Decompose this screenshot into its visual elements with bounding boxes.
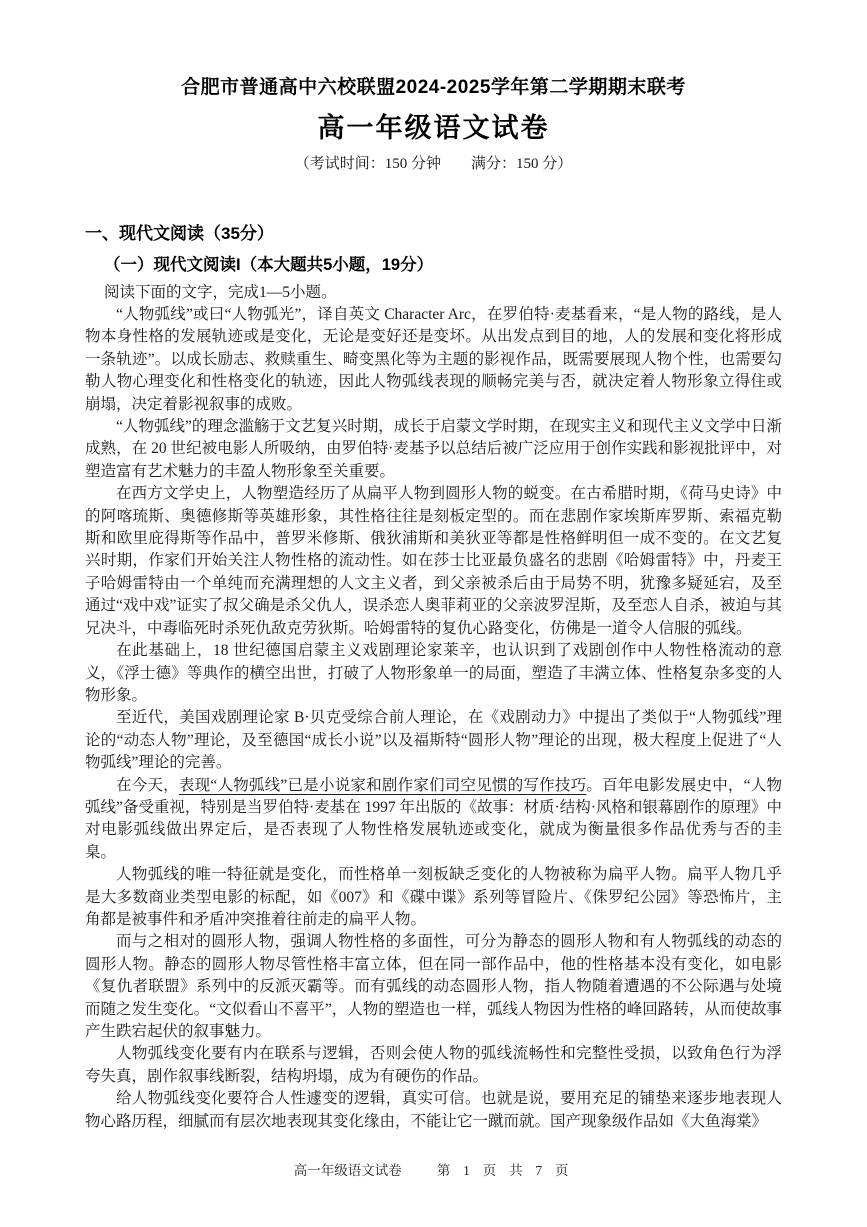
passage-text: 在此基础上，18 世纪德国启蒙主义戏剧理论家莱辛，也认识到了戏剧创作中人物性格流… [85,642,782,704]
passage-paragraph: 在今天，表现“人物弧线”已是小说家和剧作家们司空见惯的写作技巧。百年电影发展史中… [85,775,782,865]
exam-page: 合肥市普通高中六校联盟2024-2025学年第二学期期末联考 高一年级语文试卷 … [0,0,867,1227]
passage-text: “人物弧线”或曰“人物弧光”，译自英文 Character Arc，在罗伯特·麦… [85,306,782,413]
passage-text: 在西方文学史上，人物塑造经历了从扁平人物到圆形人物的蜕变。在古希腊时期，《荷马史… [85,485,782,636]
passage-text: 人物弧线的唯一特征就是变化，而性格单一刻板缺乏变化的人物被称为扁平人物。扁平人物… [85,866,782,928]
section-heading: 一、现代文阅读（35分） [85,219,782,244]
exam-title-line1: 合肥市普通高中六校联盟2024-2025学年第二学期期末联考 [85,72,782,99]
passage-paragraph: 人物弧线变化要有内在联系与逻辑，否则会使人物的弧线流畅性和完整性受损，以致角色行… [85,1043,782,1088]
reading-instruction: 阅读下面的文字，完成1—5小题。 [85,280,782,302]
underlined-phrase: 表现“人物弧线”已是小说家和剧作家们司空见惯的写作技巧 [179,777,586,794]
passage-text: “人物弧线”的理念滥觞于文艺复兴时期，成长于启蒙文学时期，在现实主义和现代主义文… [85,418,782,480]
exam-title-line2: 高一年级语文试卷 [85,106,782,145]
page-footer: 高一年级语文试卷第 1 页 共 7 页 [0,1159,867,1179]
passage-paragraph: 在此基础上，18 世纪德国启蒙主义戏剧理论家莱辛，也认识到了戏剧创作中人物性格流… [85,640,782,707]
exam-header: 合肥市普通高中六校联盟2024-2025学年第二学期期末联考 高一年级语文试卷 … [85,72,782,173]
footer-page-info: 第 1 页 共 7 页 [437,1163,573,1178]
reading-passage: “人物弧线”或曰“人物弧光”，译自英文 Character Arc，在罗伯特·麦… [85,304,782,1133]
passage-paragraph: 而与之相对的圆形人物，强调人物性格的多面性，可分为静态的圆形人物和有人物弧线的动… [85,931,782,1043]
footer-doc-label: 高一年级语文试卷 [294,1163,402,1178]
passage-paragraph: 至近代，美国戏剧理论家 B·贝克受综合前人理论，在《戏剧动力》中提出了类似于“人… [85,707,782,774]
passage-paragraph: “人物弧线”的理念滥觞于文艺复兴时期，成长于启蒙文学时期，在现实主义和现代主义文… [85,416,782,483]
passage-paragraph: 在西方文学史上，人物塑造经历了从扁平人物到圆形人物的蜕变。在古希腊时期，《荷马史… [85,483,782,640]
passage-text: 在今天， [116,777,179,794]
passage-text: 给人物弧线变化要符合人性遽变的逻辑，真实可信。也就是说，要用充足的铺垫来逐步地表… [85,1090,782,1129]
passage-text: 而与之相对的圆形人物，强调人物性格的多面性，可分为静态的圆形人物和有人物弧线的动… [85,933,782,1040]
passage-text: 至近代，美国戏剧理论家 B·贝克受综合前人理论，在《戏剧动力》中提出了类似于“人… [85,709,782,771]
passage-text: 人物弧线变化要有内在联系与逻辑，否则会使人物的弧线流畅性和完整性受损，以致角色行… [85,1045,782,1084]
passage-paragraph: 人物弧线的唯一特征就是变化，而性格单一刻板缺乏变化的人物被称为扁平人物。扁平人物… [85,864,782,931]
section-subheading: （一）现代文阅读I（本大题共5小题，19分） [85,251,782,275]
exam-info: （考试时间：150 分钟 满分：150 分） [85,152,782,173]
passage-paragraph: 给人物弧线变化要符合人性遽变的逻辑，真实可信。也就是说，要用充足的铺垫来逐步地表… [85,1088,782,1133]
passage-paragraph: “人物弧线”或曰“人物弧光”，译自英文 Character Arc，在罗伯特·麦… [85,304,782,416]
